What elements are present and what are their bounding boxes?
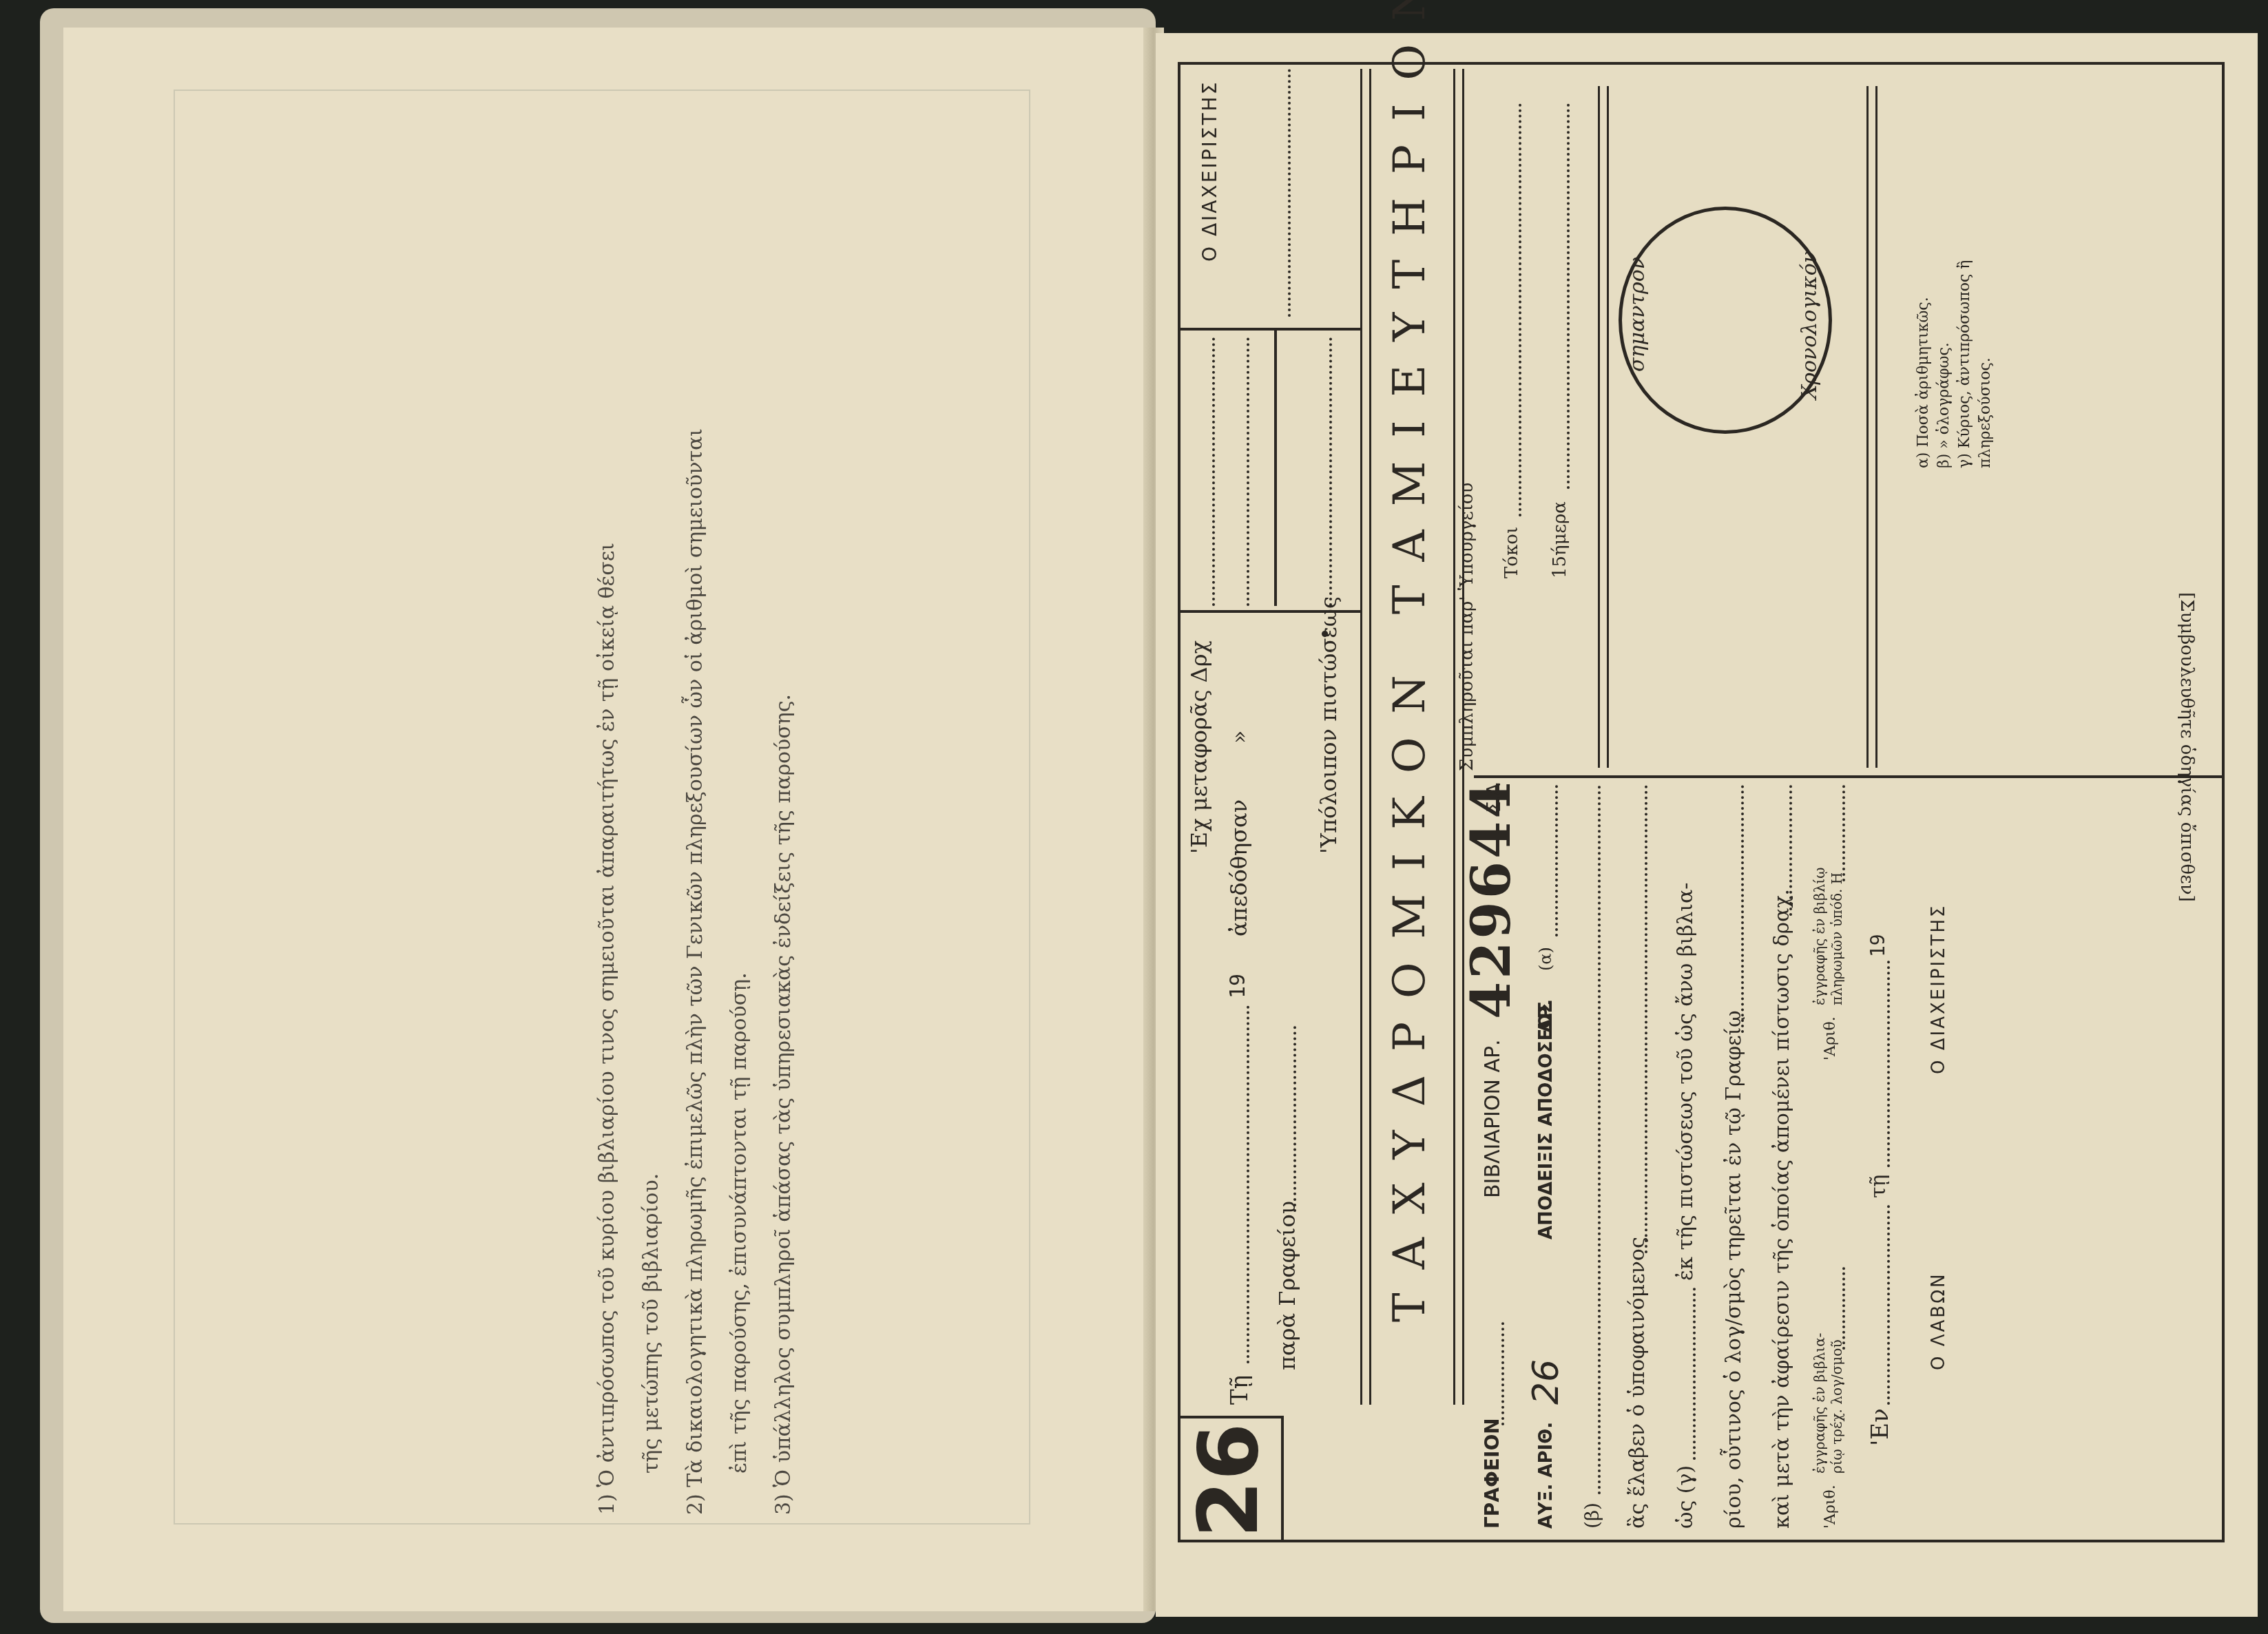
date-field[interactable] xyxy=(1247,1005,1249,1363)
instruction-3: 3) Ὁ ὑπάλληλος συμπληροῖ ἁπάσας τὰς ὑπηρ… xyxy=(762,275,806,1515)
capacity-prefix: ὡς (γ) xyxy=(1674,1465,1698,1529)
interest-label: Τόκοι xyxy=(1501,527,1522,578)
paid-out-label: ἀπεδόθησαν xyxy=(1226,799,1252,936)
instruction-1: 1) Ὁ ἀντιπρόσωπος τοῦ κυρίου βιβλιαρίου … xyxy=(585,275,630,1515)
stamp-rule xyxy=(1598,86,1609,768)
number-label: ΔΡ. xyxy=(1536,999,1557,1033)
b-marker: (β) xyxy=(1581,1502,1603,1529)
office-label: ΓΡΑΦΕΙΟΝ xyxy=(1481,1418,1504,1529)
booklet-label: ΒΙΒΛΙΑΡΙΟΝ ΑΡ. xyxy=(1481,1039,1505,1198)
carried-forward-field[interactable] xyxy=(1212,337,1215,606)
ditto-mark: » xyxy=(1226,730,1252,744)
paid-out-field[interactable] xyxy=(1247,337,1249,606)
serial-label: ΑΥΞ. ΑΡΙΘ. xyxy=(1536,1422,1557,1529)
title-rule-top xyxy=(1360,69,1371,1405)
place-field[interactable] xyxy=(1887,1205,1890,1405)
sheet-number: 26 xyxy=(1178,1416,1284,1542)
administrator-signature-label: Ο ΔΙΑΧΕΙΡΙΣΤΗΣ xyxy=(1928,903,1949,1074)
entry-right-field[interactable] xyxy=(1842,785,1845,881)
note-b: β) » ὁλογράφως. xyxy=(1935,342,1953,468)
receiver-signature-label: Ο ΛΑΒΩΝ xyxy=(1928,1272,1949,1370)
see-instructions-note: [Συμβουλευθῆτε ὁδηγίας ὄπισθεν] xyxy=(2176,592,2197,902)
receipt-form: 26 'Εχ μεταφορᾶς Δρχ Τῇ 19 ἀπεδόθησαν » … xyxy=(1178,62,2211,1542)
amount-column-right xyxy=(1178,328,1360,331)
subtotal-rule xyxy=(1274,331,1277,606)
stamp-bottom-text: Χρονολογικόν xyxy=(1798,251,1822,399)
balance-field[interactable] xyxy=(1329,337,1332,606)
remaining-credit-line: καὶ μετὰ τὴν ἀφαίρεσιν τῆς ὁποίας ἀπομέν… xyxy=(1770,889,1794,1529)
account-office-field[interactable] xyxy=(1741,785,1744,1033)
entry-left-bottom: ρίῳ τρέχ. λογ/σμοῦ xyxy=(1829,1339,1845,1474)
fortnight-field[interactable] xyxy=(1567,103,1570,489)
instructions-block: 1) Ὁ ἀντιπρόσωπος τοῦ κυρίου βιβλιαρίου … xyxy=(585,275,806,1515)
day-field[interactable] xyxy=(1887,961,1890,1167)
serial-value: 26 xyxy=(1526,1359,1567,1405)
instruction-1-cont: τῆς μετώπης τοῦ βιβλιαρίου. xyxy=(630,275,674,1515)
entry-left-field[interactable] xyxy=(1842,1267,1845,1350)
instruction-2: 2) Τὰ δικαιολογητικὰ πληρωμῆς ἐπιμελῶς π… xyxy=(674,275,718,1515)
date-prefix: Τῇ xyxy=(1226,1375,1253,1405)
receiver-name-field[interactable] xyxy=(1645,785,1647,1253)
from-office-label: παρὰ Γραφείου xyxy=(1274,1201,1300,1370)
entry-right-bottom: πληρωμῶν ὑπόδ. Η xyxy=(1829,872,1845,1005)
entry-right-label: 'Αριθ. xyxy=(1822,1016,1839,1060)
a-marker: (α) xyxy=(1536,947,1555,971)
instruction-2-cont: ἐπὶ τῆς παρούσης, ἐπισυνάπτονται τῇ παρο… xyxy=(718,275,762,1515)
received-line: ἃς ἔλαβεν ὁ ὑποφαινόμενος xyxy=(1625,1237,1650,1529)
office-field[interactable] xyxy=(1501,1322,1504,1425)
interest-field[interactable] xyxy=(1519,103,1521,516)
administrator-signature-field[interactable] xyxy=(1288,69,1291,317)
carried-forward-label: 'Εχ μεταφορᾶς Δρχ xyxy=(1186,640,1212,854)
fortnight-label: 15ήμερα xyxy=(1550,501,1570,578)
note-c-cont: πληρεξούσιος. xyxy=(1977,357,1994,468)
side-panel-divider xyxy=(1474,775,2225,778)
top-administrator-label: Ο ΔΙΑΧΕΙΡΙΣΤΗΣ xyxy=(1198,81,1221,262)
entry-left-label: 'Αριθ. xyxy=(1822,1485,1839,1529)
booklet-number: 429644 xyxy=(1460,778,1523,1019)
notes-rule xyxy=(1866,86,1877,768)
year-prefix: 19 xyxy=(1226,974,1250,998)
credit-line: ἐκ τῆς πιστώσεως τοῦ ὡς ἄνω βιβλια- xyxy=(1674,883,1698,1281)
form-title: ΤΑΧΥΔΡΟΜΙΚΟΝ ΤΑΜΙΕΥΤΗΡΙΟΝ xyxy=(1384,0,1435,1322)
amount-b-field[interactable] xyxy=(1598,785,1601,1494)
place-prefix: 'Εν xyxy=(1866,1408,1894,1446)
note-a: α) Ποσὰ ἀριθμητικῶς. xyxy=(1915,297,1932,468)
booklet-suffix: Σ.Α xyxy=(1484,784,1505,813)
balance-mark: • xyxy=(1313,627,1339,640)
from-office-field[interactable] xyxy=(1293,1026,1296,1212)
capacity-field[interactable] xyxy=(1693,1288,1696,1460)
receipts-label: ΑΠΟΔΕΙΞΙΣ ΑΠΟΔΟΣΕΩΣ xyxy=(1536,1001,1557,1239)
remaining-credit-field[interactable] xyxy=(1789,785,1792,916)
account-line: ρίου, οὗτινος ὁ λογ/σμὸς τηρεῖται ἐν τῷ … xyxy=(1722,1010,1746,1529)
entry-right-top: ἐγγραφῆς ἐν βιβλίῳ xyxy=(1811,868,1828,1006)
receipt-year-prefix: 19 xyxy=(1866,934,1889,957)
ministry-note: Συμπληροῦται παρ' Ὑπουργείου xyxy=(1457,483,1477,771)
stamp-top-text: σημαντρον xyxy=(1625,257,1650,372)
amount-a-field[interactable] xyxy=(1555,785,1558,936)
day-label: τῇ xyxy=(1866,1174,1891,1198)
note-c: γ) Κύριος, ἀντιπρόσωπος ἢ xyxy=(1956,260,1973,468)
amount-column-divider xyxy=(1178,610,1360,613)
entry-left-top: ἐγγραφῆς ἐν βιβλια- xyxy=(1811,1333,1828,1474)
